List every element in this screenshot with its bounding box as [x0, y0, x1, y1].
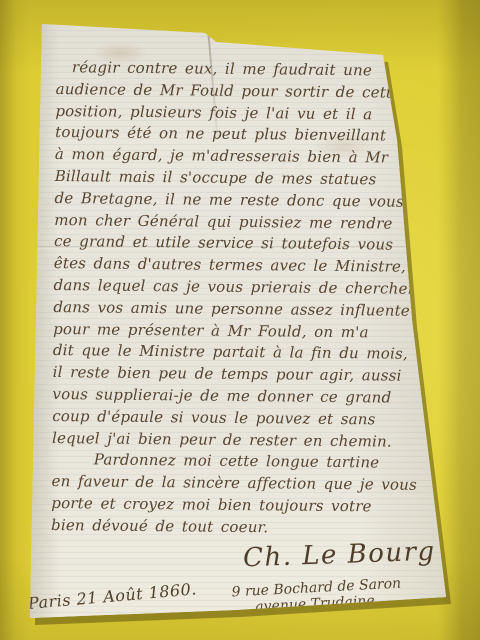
letter-line: de Bretagne, il ne me reste donc que vou… [54, 188, 414, 214]
photograph-of-letter: réagir contre eux, il me faudrait une au… [0, 0, 480, 640]
letter-line: bien dévoué de tout coeur. [51, 515, 411, 541]
letter-body: réagir contre eux, il me faudrait une au… [51, 57, 416, 540]
place-and-date: Paris 21 Août 1860. [27, 579, 197, 613]
letter-line: dans vos amis une personne assez influen… [53, 297, 413, 323]
signature: Ch. Le Bourg [243, 537, 437, 574]
letter-paper: réagir contre eux, il me faudrait une au… [0, 0, 480, 640]
letter-line: audience de Mr Fould pour sortir de cett… [56, 79, 416, 105]
letter-line: coup d'épaule si vous le pouvez et sans [52, 406, 412, 432]
